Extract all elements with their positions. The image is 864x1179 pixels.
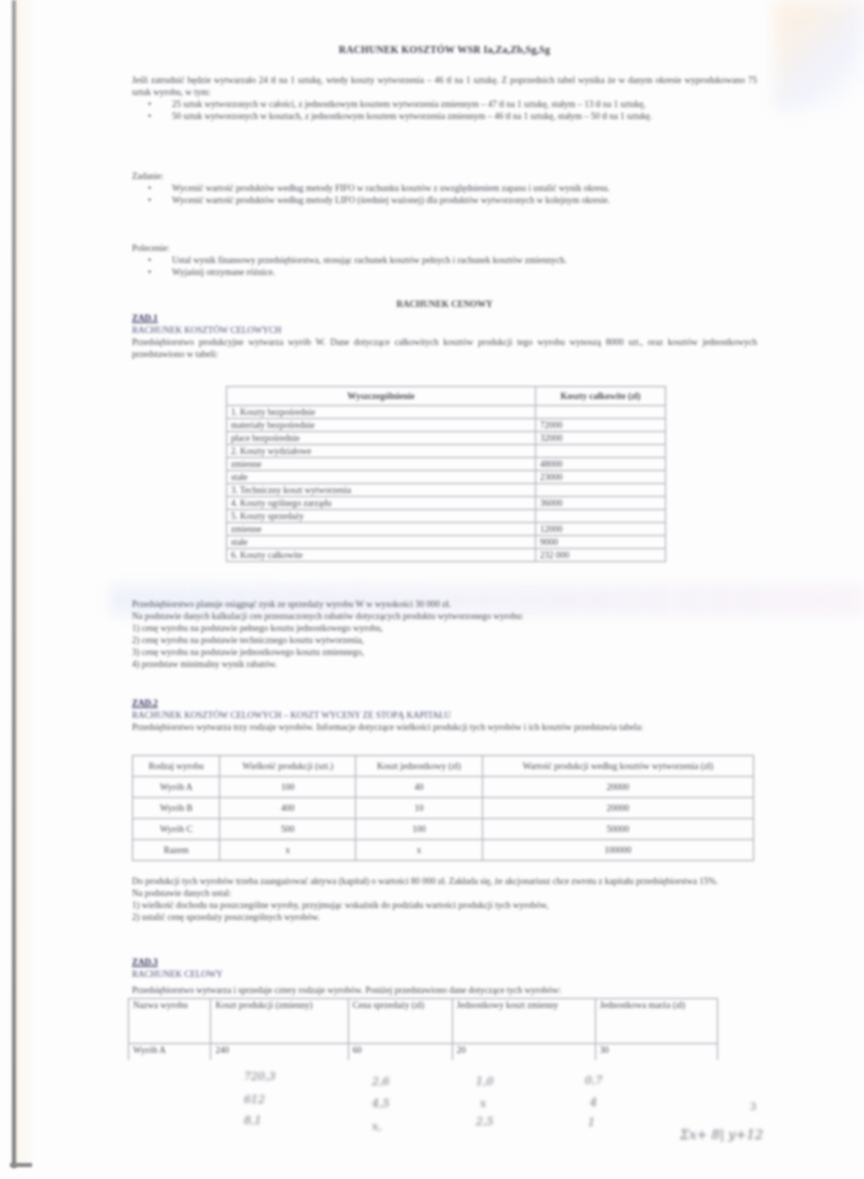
table-cell: stałe: [227, 471, 536, 484]
handwritten-note: 0,7: [585, 1074, 603, 1087]
table-cell: [536, 406, 666, 419]
table-row: 2. Koszty wydziałowe: [227, 445, 666, 458]
handwritten-note: 2,5: [476, 1115, 494, 1128]
table-cell: 10: [356, 798, 482, 819]
task2-after-text: Do produkcji tych wyrobów trzeba zaangaż…: [132, 875, 757, 923]
task-item: Wycenić wartość produktów według metody …: [132, 194, 757, 206]
table-cell: 400: [220, 798, 356, 819]
table-cell: Razem: [133, 840, 220, 861]
task3-text: Przedsiębiorstwo wytwarza i sprzedaje cz…: [132, 984, 757, 996]
task-label: Zadanie:: [132, 170, 757, 182]
page-shadow: [16, 0, 36, 1168]
handwritten-note: x: [480, 1097, 486, 1110]
task-list: Wycenić wartość produktów według metody …: [132, 182, 757, 206]
handwritten-note: 612: [244, 1093, 265, 1106]
table-cell: 9000: [536, 536, 666, 549]
table-row: 1. Koszty bezpośrednie: [227, 406, 666, 419]
table-cell: 100: [356, 819, 482, 840]
text-line: Na podstawie danych ustal:: [132, 887, 757, 899]
text-line: 1) cenę wyrobu na podstawie pełnego kosz…: [132, 622, 757, 634]
table-cell: 232 000: [536, 549, 666, 562]
table-row: 4. Koszty ogólnego zarządu36000: [227, 497, 666, 510]
intro-list: 25 sztuk wytworzonych w całości, z jedno…: [132, 98, 757, 122]
table-cell: Wyrób A: [129, 1044, 211, 1061]
handwritten-note: 2,6: [372, 1075, 390, 1088]
table-cell: 20: [452, 1044, 595, 1061]
table-cell: 40: [356, 777, 482, 798]
table-cell: 1. Koszty bezpośrednie: [227, 406, 536, 419]
text-line: 2) cenę wyrobu na podstawie technicznego…: [132, 634, 757, 646]
section-heading: RACHUNEK CENOWY: [132, 298, 757, 310]
table-cell: x: [220, 840, 356, 861]
handwritten-note: 1,0: [476, 1075, 494, 1088]
table-cell: 6. Koszty całkowite: [227, 549, 536, 562]
handwritten-note: 1: [588, 1116, 595, 1129]
table-cell: 20000: [482, 777, 753, 798]
task2-subtitle: RACHUNEK KOSZTÓW CELOWYCH – KOSZT WYCENY…: [132, 709, 451, 721]
task3-subtitle: RACHUNEK CELOWY: [132, 968, 223, 980]
document-title: RACHUNEK KOSZTÓW WSR Ia,Za,Zb,Sg,Sg: [132, 45, 757, 57]
table-cell: Wyrób A: [133, 777, 220, 798]
col-header: Jednostkowy koszt zmienny: [452, 999, 595, 1044]
table-cell: x: [356, 840, 482, 861]
table-cell: [536, 510, 666, 523]
table-cell: 23000: [536, 471, 666, 484]
table-cell: 60: [348, 1044, 452, 1061]
table-cell: 100: [220, 777, 356, 798]
task3-label: ZAD.3: [132, 956, 158, 968]
page-edge: [12, 0, 16, 1168]
scan-glare: [774, 0, 864, 110]
table-cell: [536, 484, 666, 497]
table-cell: 100000: [482, 840, 753, 861]
col-header: Wartość produkcji według kosztów wytworz…: [482, 756, 753, 777]
handwritten-formula: Σx+ 8| y+12: [680, 1128, 763, 1143]
task1-subtitle: RACHUNEK KOSZTÓW CELOWYCH: [132, 324, 281, 336]
table-row: zmienne48000: [227, 458, 666, 471]
table-cell: 500: [220, 819, 356, 840]
table-row: Wyrób B4001020000: [133, 798, 754, 819]
hint-label: Polecenie:: [132, 242, 757, 254]
cost-table: Wyszczególnienie Koszty całkowite (zł) 1…: [226, 386, 666, 562]
table-cell: 2. Koszty wydziałowe: [227, 445, 536, 458]
task1-text: Przedsiębiorstwo produkcyjne wytwarza wy…: [132, 336, 757, 360]
table-cell: zmienne: [227, 458, 536, 471]
table-cell: [536, 445, 666, 458]
hint-item: Wyjaśnij otrzymane różnice.: [132, 266, 757, 278]
table-cell: 50000: [482, 819, 753, 840]
table-cell: 20000: [482, 798, 753, 819]
text-line: Do produkcji tych wyrobów trzeba zaangaż…: [132, 875, 757, 887]
table-cell: 5. Koszty sprzedaży: [227, 510, 536, 523]
col-header: Wielkość produkcji (szt.): [220, 756, 356, 777]
col-header: Wyszczególnienie: [227, 387, 536, 406]
col-header: Koszt jednostkowy (zł): [356, 756, 482, 777]
table-cell: 3. Techniczny koszt wytworzenia: [227, 484, 536, 497]
table-cell: zmienne: [227, 523, 536, 536]
table-cell: 48000: [536, 458, 666, 471]
hint-item: Ustal wynik finansowy przedsiębiorstwa, …: [132, 254, 757, 266]
page-edge-bottom: [10, 1163, 32, 1167]
task1-label: ZAD.1: [132, 312, 158, 324]
handwritten-note: 4,5: [372, 1097, 390, 1110]
text-line: 2) ustalić cenę sprzedaży poszczególnych…: [132, 911, 757, 923]
table-row: Wyrób A240602030: [129, 1044, 718, 1061]
table-cell: stałe: [227, 536, 536, 549]
table-row: stałe23000: [227, 471, 666, 484]
margin-table: Nazwa wyrobu Koszt produkcji (zmienny) C…: [128, 998, 718, 1060]
col-header: Jednostkowa marża (zł): [595, 999, 717, 1044]
table-cell: 36000: [536, 497, 666, 510]
text-line: 4) przedstaw minimalny wynik rabatów.: [132, 658, 757, 670]
table-cell: 240: [211, 1044, 348, 1061]
col-header: Cena sprzedaży (zł): [348, 999, 452, 1044]
table-cell: Wyrób C: [133, 819, 220, 840]
table-row: Wyrób C50010050000: [133, 819, 754, 840]
table-row: Wyrób A1004020000: [133, 777, 754, 798]
task2-text: Przedsiębiorstwo wytwarza trzy rodzaje w…: [132, 721, 757, 733]
text-line: Przedsiębiorstwo planuje osiągnąć zysk z…: [132, 598, 757, 610]
col-header: Koszt produkcji (zmienny): [211, 999, 348, 1044]
handwritten-note: 4: [590, 1096, 597, 1109]
table-cell: Wyrób B: [133, 798, 220, 819]
intro-item: 50 sztuk wytworzonych w kosztach, z jedn…: [132, 110, 757, 122]
col-header: Rodzaj wyrobu: [133, 756, 220, 777]
hint-list: Ustal wynik finansowy przedsiębiorstwa, …: [132, 254, 757, 278]
table-row: 3. Techniczny koszt wytworzenia: [227, 484, 666, 497]
col-header: Koszty całkowite (zł): [536, 387, 666, 406]
col-header: Nazwa wyrobu: [129, 999, 211, 1044]
handwritten-note: 8,1: [244, 1114, 262, 1127]
table-cell: 4. Koszty ogólnego zarządu: [227, 497, 536, 510]
table-cell: 30: [595, 1044, 717, 1061]
table-cell: 72000: [536, 419, 666, 432]
task2-label: ZAD.2: [132, 697, 158, 709]
text-line: 1) wielkość dochodu na poszczególne wyro…: [132, 899, 757, 911]
task1-after-text: Przedsiębiorstwo planuje osiągnąć zysk z…: [132, 598, 757, 670]
intro-paragraph: Jeśli zatrudnić będzie wytwarzało 24 tł …: [132, 74, 757, 98]
table-row: stałe9000: [227, 536, 666, 549]
table-cell: płace bezpośrednie: [227, 432, 536, 445]
handwritten-note: x,: [372, 1120, 382, 1133]
handwritten-note: 720,3: [244, 1070, 276, 1083]
page-number: 3: [750, 1102, 756, 1113]
table-row: 6. Koszty całkowite232 000: [227, 549, 666, 562]
table-row: zmienne12000: [227, 523, 666, 536]
table-row: płace bezpośrednie32000: [227, 432, 666, 445]
products-table: Rodzaj wyrobu Wielkość produkcji (szt.) …: [132, 755, 754, 861]
table-cell: materiały bezpośrednie: [227, 419, 536, 432]
table-row: Razemxx100000: [133, 840, 754, 861]
text-line: Na podstawie danych kalkulacji cen przez…: [132, 610, 757, 622]
table-row: materiały bezpośrednie72000: [227, 419, 666, 432]
task-item: Wycenić wartość produktów według metody …: [132, 182, 757, 194]
table-cell: 32000: [536, 432, 666, 445]
table-cell: 12000: [536, 523, 666, 536]
table-row: 5. Koszty sprzedaży: [227, 510, 666, 523]
intro-item: 25 sztuk wytworzonych w całości, z jedno…: [132, 98, 757, 110]
text-line: 3) cenę wyrobu na podstawie jednostkoweg…: [132, 646, 757, 658]
